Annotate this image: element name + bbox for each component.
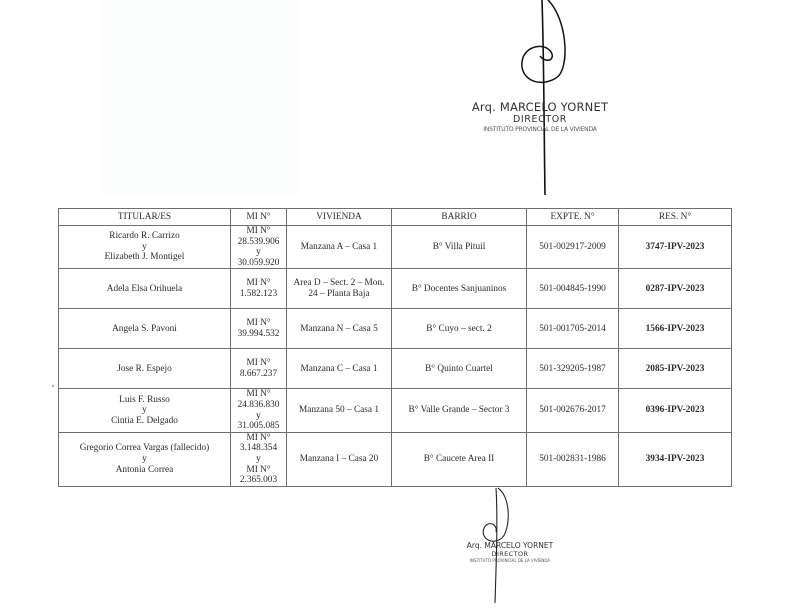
- signature-block-top: Arq. MARCELO YORNET DIRECTOR INSTITUTO P…: [460, 0, 640, 200]
- cell-text: MI N° 28.539.906: [234, 226, 283, 247]
- cell-text: MI N° 39.994.532: [234, 318, 283, 339]
- cell-text: 1566-IPV-2023: [622, 324, 728, 335]
- cell-barrio: B° Cuyo – sect. 2: [392, 309, 527, 349]
- cell-text: 3747-IPV-2023: [622, 242, 728, 253]
- cell-expte: 501-002917-2009: [527, 226, 619, 269]
- signatory-title: DIRECTOR: [470, 114, 610, 125]
- cell-text: y: [234, 247, 283, 258]
- cell-expte: 501-002831-1986: [527, 432, 619, 486]
- cell-text: 501-002831-1986: [530, 454, 615, 465]
- column-header-res: RES. N°: [619, 209, 732, 226]
- cell-text: 31.005.085: [234, 421, 283, 432]
- cell-titulares: Gregorio Correa Vargas (fallecido)yAnton…: [59, 432, 231, 486]
- cell-text: Jose R. Espejo: [62, 364, 227, 375]
- cell-barrio: B° Caucete Area II: [392, 432, 527, 486]
- cell-text: 501-002676-2017: [530, 405, 615, 416]
- table-row: Ricardo R. CarrizoyElizabeth J. Montigel…: [59, 226, 732, 269]
- cell-text: Antonia Correa: [62, 465, 227, 476]
- cell-barrio: B° Villa Pituil: [392, 226, 527, 269]
- cell-text: Ricardo R. Carrizo: [62, 231, 227, 242]
- cell-text: y: [234, 411, 283, 422]
- cell-barrio: B° Quinto Cuartel: [392, 349, 527, 389]
- cell-text: MI N° 24.836.830: [234, 389, 283, 410]
- cell-text: Angela S. Pavoni: [62, 324, 227, 335]
- signatory-name: Arq. MARCELO YORNET: [460, 541, 560, 550]
- cell-expte: 501-002676-2017: [527, 389, 619, 432]
- cell-res: 3934-IPV-2023: [619, 432, 732, 486]
- cell-vivienda: Manzana A – Casa 1: [287, 226, 392, 269]
- table-row: Jose R. EspejoMI N° 8.667.237Manzana C –…: [59, 349, 732, 389]
- cell-text: 501-329205-1987: [530, 364, 615, 375]
- cell-text: MI N° 1.582.123: [234, 278, 283, 299]
- cell-expte: 501-004845-1990: [527, 269, 619, 309]
- cell-mi: MI N° 1.582.123: [231, 269, 287, 309]
- cell-res: 2085-IPV-2023: [619, 349, 732, 389]
- cell-text: MI N° 8.667.237: [234, 358, 283, 379]
- cell-text: Manzana I – Casa 20: [290, 454, 388, 465]
- signature-block-bottom: Arq. MARCELO YORNET DIRECTOR INSTITUTO P…: [440, 480, 580, 613]
- cell-expte: 501-329205-1987: [527, 349, 619, 389]
- cell-text: 0396-IPV-2023: [622, 405, 728, 416]
- cell-res: 3747-IPV-2023: [619, 226, 732, 269]
- cell-text: 24 – Planta Baja: [290, 289, 388, 300]
- table-row: Gregorio Correa Vargas (fallecido)yAnton…: [59, 432, 732, 486]
- cell-res: 0287-IPV-2023: [619, 269, 732, 309]
- cell-text: y: [62, 454, 227, 465]
- cell-mi: MI N° 28.539.906y30.059.920: [231, 226, 287, 269]
- cell-vivienda: Manzana C – Casa 1: [287, 349, 392, 389]
- cell-text: B° Quinto Cuartel: [395, 364, 523, 375]
- scan-bleed-through: [100, 0, 300, 195]
- scan-speck: [52, 385, 54, 387]
- table-row: Adela Elsa OrihuelaMI N° 1.582.123Area D…: [59, 269, 732, 309]
- cell-titulares: Luis F. RussoyCintia E. Delgado: [59, 389, 231, 432]
- cell-res: 1566-IPV-2023: [619, 309, 732, 349]
- cell-vivienda: Manzana 50 – Casa 1: [287, 389, 392, 432]
- cell-mi: MI N° 39.994.532: [231, 309, 287, 349]
- adjudication-table: TITULAR/ESMI N°VIVIENDABARRIOEXPTE. N°RE…: [58, 208, 732, 487]
- cell-text: y: [234, 454, 283, 465]
- signatory-institution: INSTITUTO PROVINCIAL DE LA VIVIENDA: [462, 558, 558, 563]
- cell-titulares: Adela Elsa Orihuela: [59, 269, 231, 309]
- signatory-institution: INSTITUTO PROVINCIAL DE LA VIVIENDA: [472, 126, 608, 133]
- cell-mi: MI N° 3.148.354yMI N° 2.365.003: [231, 432, 287, 486]
- cell-text: y: [62, 405, 227, 416]
- cell-text: Elizabeth J. Montigel: [62, 252, 227, 263]
- column-header-barrio: BARRIO: [392, 209, 527, 226]
- cell-text: 501-004845-1990: [530, 284, 615, 295]
- cell-text: Manzana A – Casa 1: [290, 242, 388, 253]
- cell-titulares: Ricardo R. CarrizoyElizabeth J. Montigel: [59, 226, 231, 269]
- cell-text: B° Docentes Sanjuaninos: [395, 284, 523, 295]
- column-header-mi: MI N°: [231, 209, 287, 226]
- cell-barrio: B° Valle Grande – Sector 3: [392, 389, 527, 432]
- cell-text: MI N° 2.365.003: [234, 465, 283, 486]
- cell-text: Gregorio Correa Vargas (fallecido): [62, 443, 227, 454]
- table-header-row: TITULAR/ESMI N°VIVIENDABARRIOEXPTE. N°RE…: [59, 209, 732, 226]
- cell-text: B° Villa Pituil: [395, 242, 523, 253]
- cell-text: 30.059.920: [234, 258, 283, 269]
- table-row: Luis F. RussoyCintia E. DelgadoMI N° 24.…: [59, 389, 732, 432]
- cell-text: B° Valle Grande – Sector 3: [395, 405, 523, 416]
- cell-text: B° Cuyo – sect. 2: [395, 324, 523, 335]
- column-header-vivienda: VIVIENDA: [287, 209, 392, 226]
- column-header-titulares: TITULAR/ES: [59, 209, 231, 226]
- cell-text: 3934-IPV-2023: [622, 454, 728, 465]
- cell-vivienda: Manzana I – Casa 20: [287, 432, 392, 486]
- cell-text: 501-002917-2009: [530, 242, 615, 253]
- cell-text: B° Caucete Area II: [395, 454, 523, 465]
- cell-text: Manzana 50 – Casa 1: [290, 405, 388, 416]
- column-header-expte: EXPTE. N°: [527, 209, 619, 226]
- cell-res: 0396-IPV-2023: [619, 389, 732, 432]
- cell-titulares: Jose R. Espejo: [59, 349, 231, 389]
- cell-text: Adela Elsa Orihuela: [62, 284, 227, 295]
- cell-text: y: [62, 242, 227, 253]
- cell-mi: MI N° 8.667.237: [231, 349, 287, 389]
- signatory-name: Arq. MARCELO YORNET: [470, 100, 610, 114]
- cell-text: Manzana N – Casa 5: [290, 324, 388, 335]
- cell-text: Luis F. Russo: [62, 395, 227, 406]
- cell-barrio: B° Docentes Sanjuaninos: [392, 269, 527, 309]
- table-row: Angela S. PavoniMI N° 39.994.532Manzana …: [59, 309, 732, 349]
- cell-text: Cintia E. Delgado: [62, 416, 227, 427]
- cell-titulares: Angela S. Pavoni: [59, 309, 231, 349]
- cell-text: 501-001705-2014: [530, 324, 615, 335]
- table-body: Ricardo R. CarrizoyElizabeth J. Montigel…: [59, 226, 732, 487]
- cell-mi: MI N° 24.836.830y31.005.085: [231, 389, 287, 432]
- cell-expte: 501-001705-2014: [527, 309, 619, 349]
- cell-vivienda: Manzana N – Casa 5: [287, 309, 392, 349]
- cell-text: Manzana C – Casa 1: [290, 364, 388, 375]
- signatory-title: DIRECTOR: [460, 550, 560, 558]
- cell-vivienda: Area D – Sect. 2 – Mon.24 – Planta Baja: [287, 269, 392, 309]
- cell-text: MI N° 3.148.354: [234, 433, 283, 454]
- cell-text: Area D – Sect. 2 – Mon.: [290, 278, 388, 289]
- cell-text: 0287-IPV-2023: [622, 284, 728, 295]
- cell-text: 2085-IPV-2023: [622, 364, 728, 375]
